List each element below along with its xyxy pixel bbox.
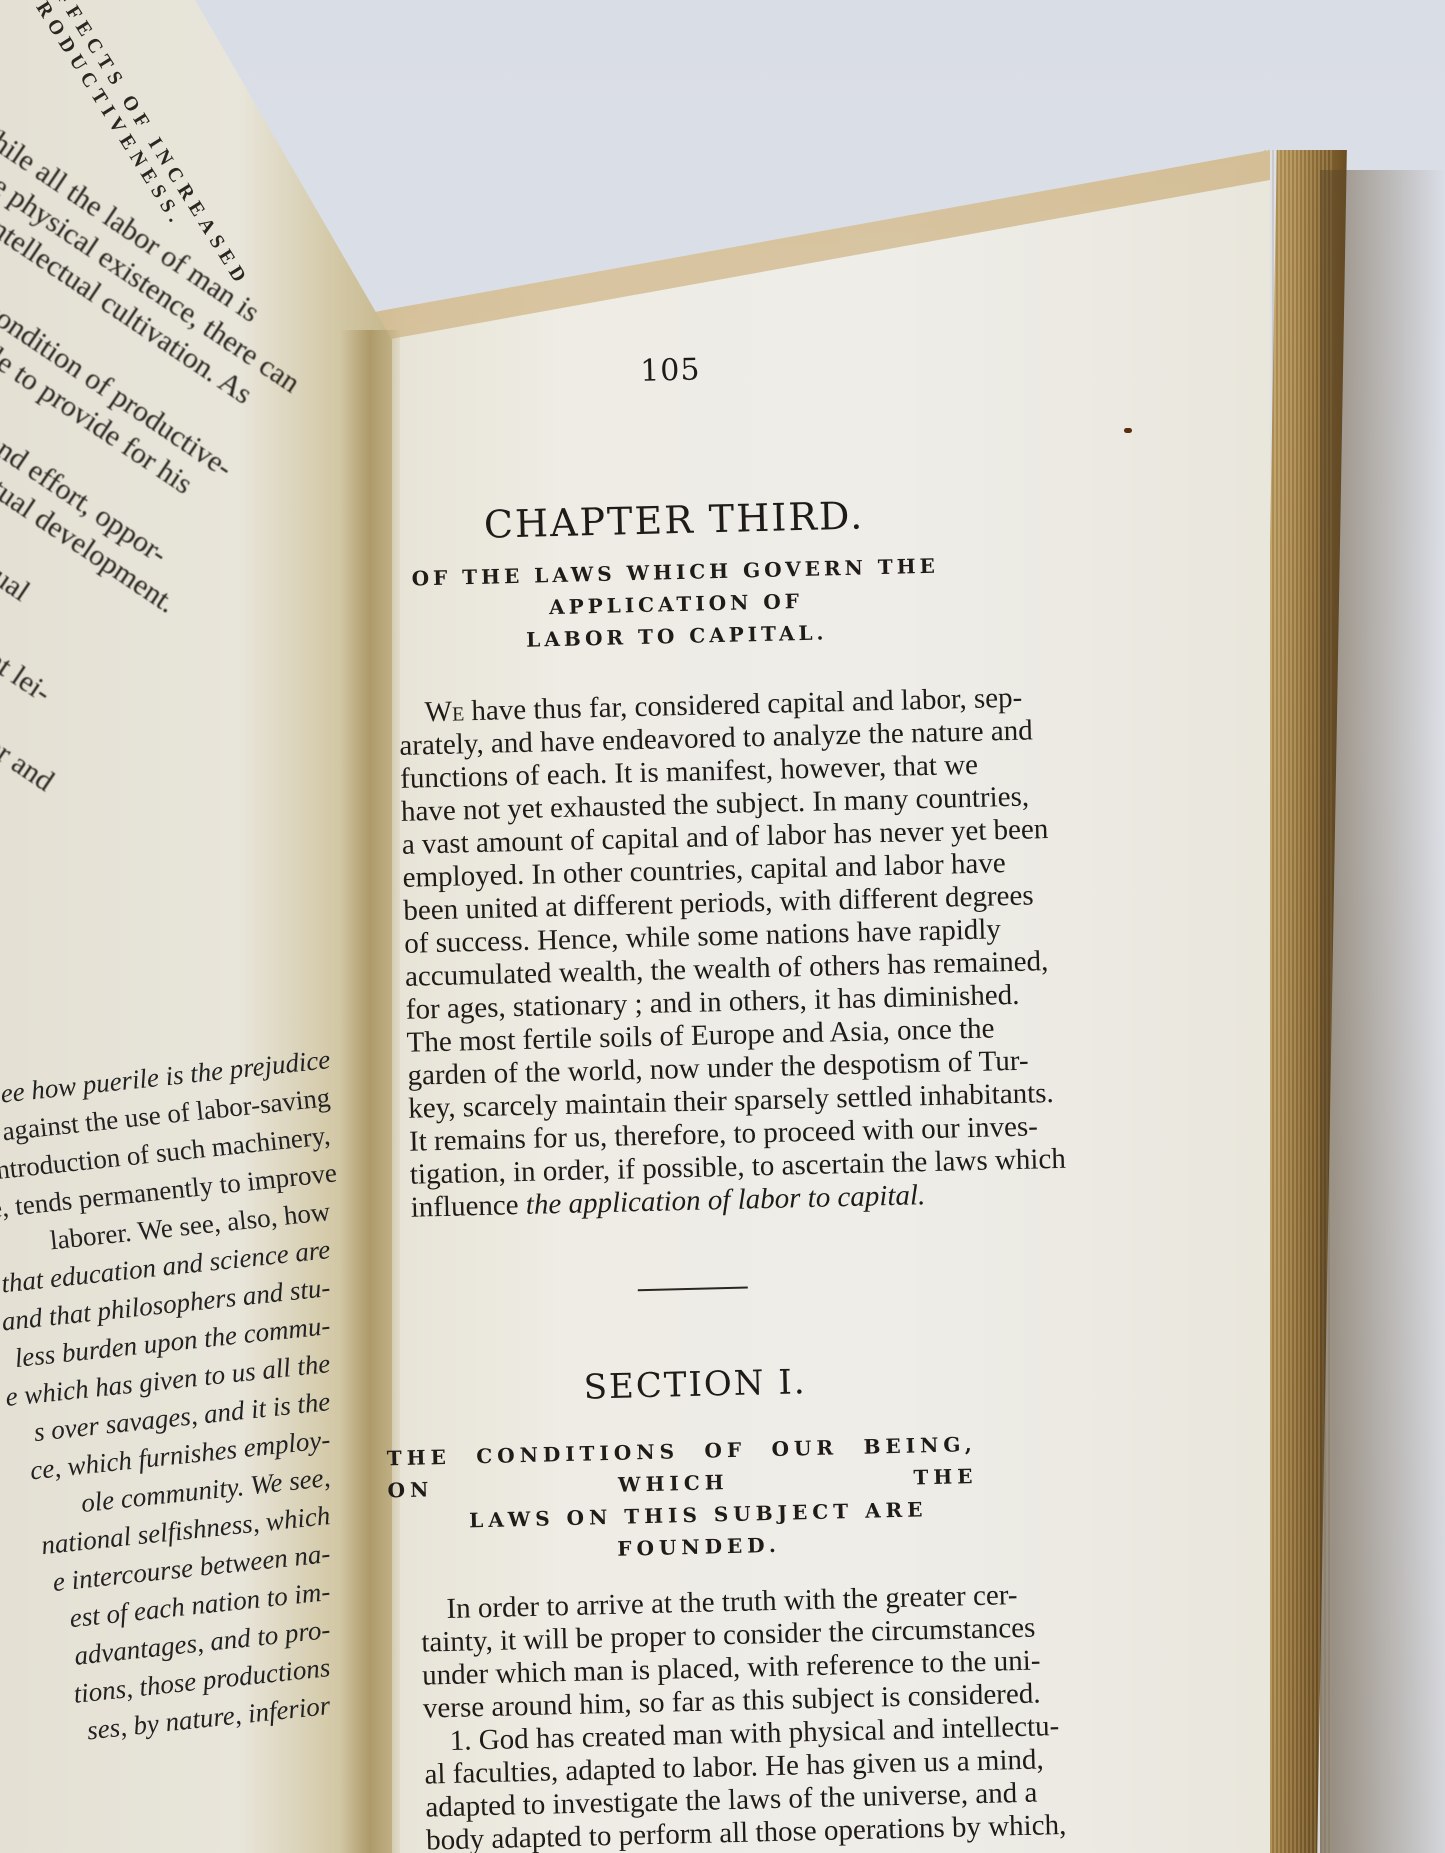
chapter-subtitle: OF THE LAWS WHICH GOVERN THE APPLICATION… xyxy=(395,549,957,659)
dropcap: We xyxy=(424,695,464,728)
cover-shadow xyxy=(1320,170,1445,1853)
section-subtitle-line: LAWS ON THIS SUBJECT ARE FOUNDED. xyxy=(469,1497,928,1561)
paragraph-conditions: In order to arrive at the truth with the… xyxy=(420,1580,983,1726)
right-page-text: 105 CHAPTER THIRD. OF THE LAWS WHICH GOV… xyxy=(390,346,986,1853)
text: influence xyxy=(410,1189,526,1224)
paragraph-point-one: 1. God has created man with physical and… xyxy=(423,1712,986,1853)
paragraph-intro: We have thus far, considered capital and… xyxy=(398,683,971,1225)
book-photo: EFFECTS OF INCREASED PRODUCTIVENESS. is … xyxy=(0,0,1445,1853)
section-title: SECTION I. xyxy=(415,1358,976,1412)
paper-speck xyxy=(1124,428,1132,433)
book-gutter xyxy=(340,330,400,1853)
section-subtitle-line: THE CONDITIONS OF OUR BEING, ON WHICH TH… xyxy=(386,1428,977,1506)
section-divider xyxy=(638,1287,748,1292)
section-subtitle: THE CONDITIONS OF OUR BEING, ON WHICH TH… xyxy=(416,1428,979,1570)
chapter-title: CHAPTER THIRD. xyxy=(394,491,955,549)
left-page-lower-text: see how puerile is the prejudice ts agai… xyxy=(0,1040,330,1724)
